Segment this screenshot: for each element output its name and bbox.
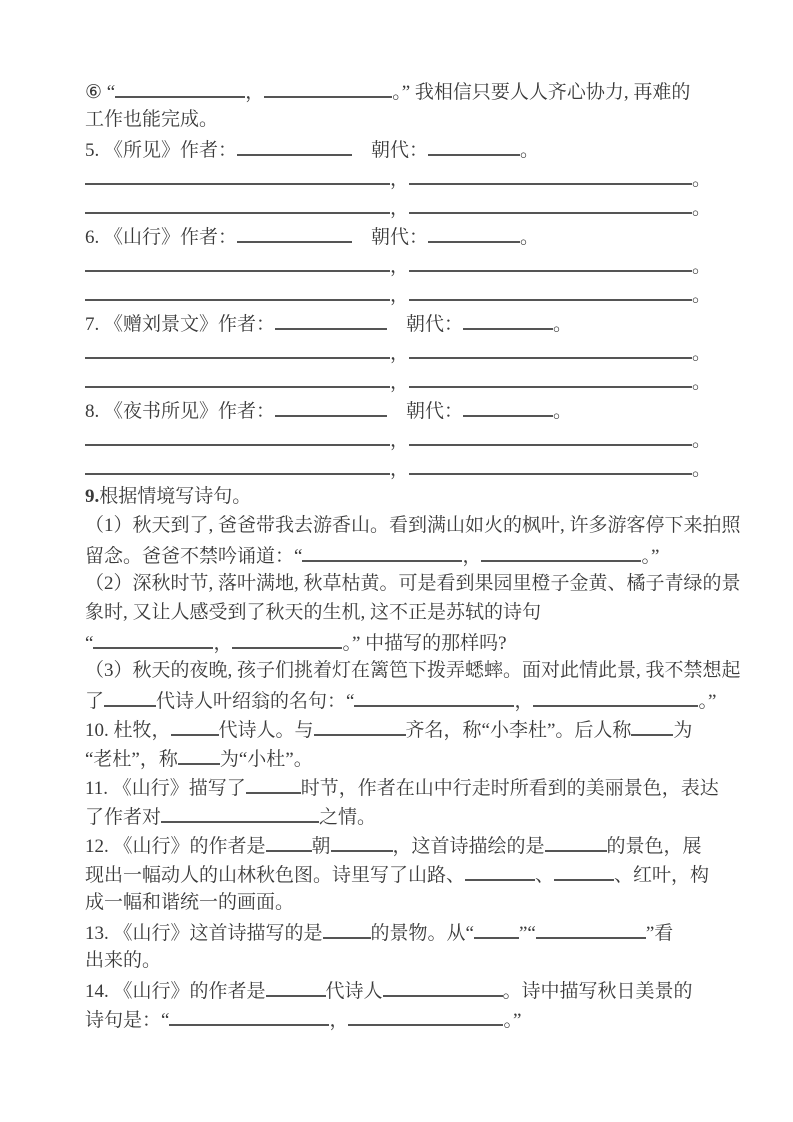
question-13-line-2: 出来的。	[85, 946, 743, 975]
blank-field	[85, 279, 390, 301]
text-run: 为	[673, 720, 692, 741]
question-7-heading: 7. 《赠刘景文》作者： 朝代：。	[85, 308, 743, 337]
question-5-verse-line-1: ，。	[85, 163, 743, 192]
question-9-part-1-line-1: （1）秋天到了, 爸爸带我去游香山。看到满山如火的枫叶, 许多游客停下来拍照	[85, 511, 743, 540]
blank-field	[409, 366, 692, 388]
text-run: 9.	[85, 486, 99, 507]
text-run: ”“	[519, 923, 536, 944]
text-run: 工作也能完成。	[85, 109, 218, 130]
text-run: 的景物。从“	[371, 923, 474, 944]
question-14-line-1: 14. 《山行》的作者是代诗人。诗中描写秋日美景的	[85, 975, 743, 1004]
text-run: “	[85, 633, 93, 654]
text-run: 。” 中描写的那样吗?	[342, 633, 506, 654]
text-run: 了作者对	[85, 807, 161, 828]
blank-field	[481, 540, 641, 562]
text-run: 。	[692, 256, 711, 277]
circled-item-6-line-1: ⑥ “，。” 我相信只要人人齐心协力, 再难的	[85, 76, 743, 105]
text-run: 。	[692, 169, 711, 190]
question-8-verse-line-2: ，。	[85, 453, 743, 482]
text-run: 了	[85, 691, 104, 712]
question-8-heading: 8. 《夜书所见》作者： 朝代：。	[85, 395, 743, 424]
text-run: 的景色，展	[607, 836, 702, 857]
text-run: 齐名，称“小李杜”。后人称	[406, 720, 632, 741]
text-run: 。	[692, 285, 711, 306]
text-run: 。	[692, 459, 711, 480]
text-run: 朝代：	[387, 401, 463, 422]
blank-field	[85, 337, 390, 359]
blank-field	[85, 453, 390, 475]
blank-field	[463, 395, 553, 417]
text-run: 为“小杜”。	[220, 749, 313, 770]
question-13-line-1: 13. 《山行》这首诗描写的是的景物。从“”“”看	[85, 917, 743, 946]
question-6-heading: 6. 《山行》作者： 朝代：。	[85, 221, 743, 250]
question-12-line-3: 成一幅和谐统一的画面。	[85, 888, 743, 917]
text-run: ”看	[646, 923, 673, 944]
blank-field	[536, 917, 646, 939]
blank-field	[93, 627, 213, 649]
blank-field	[85, 163, 390, 185]
text-run: 现出一幅动人的山林秋色图。诗里写了山路、	[85, 865, 465, 886]
text-run: ，	[245, 82, 264, 103]
text-run: 、	[535, 865, 554, 886]
blank-field	[302, 540, 462, 562]
blank-field	[354, 685, 514, 707]
blank-field	[409, 192, 692, 214]
blank-field	[85, 250, 390, 272]
text-run: 之情。	[319, 807, 376, 828]
blank-field	[171, 714, 219, 736]
text-run: 代诗人	[326, 981, 383, 1002]
question-5-heading: 5. 《所见》作者： 朝代：。	[85, 134, 743, 163]
blank-field	[115, 76, 245, 98]
text-run: ，	[329, 1010, 348, 1031]
text-run: ，	[390, 198, 409, 219]
blank-field	[161, 801, 319, 823]
text-run: 。	[692, 430, 711, 451]
text-run: ，	[390, 430, 409, 451]
question-9-heading: 9.根据情境写诗句。	[85, 482, 743, 511]
text-run: 12. 《山行》的作者是	[85, 836, 266, 857]
blank-field	[465, 859, 535, 881]
text-run: 代诗人叶绍翁的名句：“	[156, 691, 354, 712]
text-run: 7. 《赠刘景文》作者：	[85, 314, 275, 335]
question-9-part-2-line-3: “，。” 中描写的那样吗?	[85, 627, 743, 656]
blank-field	[428, 134, 520, 156]
text-run: 朝代：	[387, 314, 463, 335]
blank-field	[275, 308, 387, 330]
text-run: ，	[390, 169, 409, 190]
question-9-part-2-line-2: 象时, 又让人感受到了秋天的生机, 这不正是苏轼的诗句	[85, 598, 743, 627]
question-11-line-1: 11. 《山行》描写了时节，作者在山中行走时所看到的美丽景色，表达	[85, 772, 743, 801]
text-run: “老杜”，称	[85, 749, 178, 770]
text-run: 代诗人。与	[219, 720, 314, 741]
blank-field	[85, 192, 390, 214]
blank-field	[237, 221, 352, 243]
text-run: 。”	[641, 546, 659, 567]
text-run: 6. 《山行》作者：	[85, 227, 237, 248]
text-run: 。” 我相信只要人人齐心协力, 再难的	[392, 82, 690, 103]
blank-field	[409, 424, 692, 446]
blank-field	[331, 830, 393, 852]
text-run: 。	[553, 314, 572, 335]
text-run: 11. 《山行》描写了	[85, 778, 246, 799]
blank-field	[237, 134, 352, 156]
blank-field	[545, 830, 607, 852]
blank-field	[554, 859, 614, 881]
worksheet-page: ⑥ “，。” 我相信只要人人齐心协力, 再难的工作也能完成。5. 《所见》作者：…	[0, 0, 793, 1122]
text-run: 出来的。	[85, 950, 161, 971]
text-run: 13. 《山行》这首诗描写的是	[85, 923, 323, 944]
text-run: （1）秋天到了, 爸爸带我去游香山。看到满山如火的枫叶, 许多游客停下来拍照	[85, 515, 741, 536]
text-run: 时节，作者在山中行走时所看到的美丽景色，表达	[301, 778, 719, 799]
blank-field	[232, 627, 342, 649]
text-run: 诗句是：“	[85, 1010, 169, 1031]
text-run: 。”	[503, 1010, 521, 1031]
question-5-verse-line-2: ，。	[85, 192, 743, 221]
blank-field	[474, 917, 519, 939]
blank-field	[533, 685, 698, 707]
text-run: ，这首诗描绘的是	[393, 836, 545, 857]
text-run: 留念。爸爸不禁吟诵道：“	[85, 546, 302, 567]
text-run: 10. 杜牧，	[85, 720, 171, 741]
text-run: 。”	[698, 691, 716, 712]
text-run: ，	[462, 546, 481, 567]
text-run: ，	[390, 256, 409, 277]
blank-field	[631, 714, 673, 736]
text-run: 朝代：	[352, 140, 428, 161]
text-run: 8. 《夜书所见》作者：	[85, 401, 275, 422]
blank-field	[104, 685, 156, 707]
question-11-line-2: 了作者对之情。	[85, 801, 743, 830]
text-run: 14. 《山行》的作者是	[85, 981, 266, 1002]
question-7-verse-line-1: ，。	[85, 337, 743, 366]
text-run: ，	[213, 633, 232, 654]
question-12-line-2: 现出一幅动人的山林秋色图。诗里写了山路、、、红叶，构	[85, 859, 743, 888]
text-run: 。	[692, 198, 711, 219]
question-14-line-2: 诗句是：“，。”	[85, 1004, 743, 1033]
blank-field	[409, 279, 692, 301]
blank-field	[323, 917, 371, 939]
text-run: ，	[390, 285, 409, 306]
text-run: 。	[520, 140, 539, 161]
blank-field	[178, 743, 220, 765]
question-7-verse-line-2: ，。	[85, 366, 743, 395]
text-run: 。	[692, 343, 711, 364]
blank-field	[428, 221, 520, 243]
question-10-line-1: 10. 杜牧，代诗人。与齐名，称“小李杜”。后人称为	[85, 714, 743, 743]
blank-field	[169, 1004, 329, 1026]
blank-field	[85, 424, 390, 446]
blank-field	[266, 975, 326, 997]
text-run: 。	[553, 401, 572, 422]
question-9-part-1-line-2: 留念。爸爸不禁吟诵道：“，。”	[85, 540, 743, 569]
text-run: 。	[520, 227, 539, 248]
blank-field	[266, 830, 312, 852]
blank-field	[409, 163, 692, 185]
text-run: ⑥ “	[85, 82, 115, 103]
question-9-part-3-line-1: （3）秋天的夜晚, 孩子们挑着灯在篱笆下拨弄蟋蟀。面对此情此景, 我不禁想起	[85, 656, 743, 685]
text-run: ，	[390, 372, 409, 393]
text-run: 成一幅和谐统一的画面。	[85, 892, 294, 913]
question-6-verse-line-2: ，。	[85, 279, 743, 308]
text-run: （3）秋天的夜晚, 孩子们挑着灯在篱笆下拨弄蟋蟀。面对此情此景, 我不禁想起	[85, 660, 741, 681]
text-run: 象时, 又让人感受到了秋天的生机, 这不正是苏轼的诗句	[85, 602, 541, 623]
blank-field	[409, 250, 692, 272]
blank-field	[409, 337, 692, 359]
question-8-verse-line-1: ，。	[85, 424, 743, 453]
text-run: （2）深秋时节, 落叶满地, 秋草枯黄。可是看到果园里橙子金黄、橘子青绿的景	[85, 573, 741, 594]
text-run: ，	[390, 459, 409, 480]
blank-field	[275, 395, 387, 417]
text-run: 。	[692, 372, 711, 393]
text-run: ，	[514, 691, 533, 712]
blank-field	[463, 308, 553, 330]
blank-field	[314, 714, 406, 736]
circled-item-6-line-2: 工作也能完成。	[85, 105, 743, 134]
text-run: 、红叶，构	[614, 865, 709, 886]
question-12-line-1: 12. 《山行》的作者是朝，这首诗描绘的是的景色，展	[85, 830, 743, 859]
blank-field	[409, 453, 692, 475]
text-run: 。诗中描写秋日美景的	[503, 981, 693, 1002]
text-run: 朝代：	[352, 227, 428, 248]
question-6-verse-line-1: ，。	[85, 250, 743, 279]
text-run: 根据情境写诗句。	[99, 486, 251, 507]
question-10-line-2: “老杜”，称为“小杜”。	[85, 743, 743, 772]
text-run: 朝	[312, 836, 331, 857]
blank-field	[246, 772, 301, 794]
text-run: 5. 《所见》作者：	[85, 140, 237, 161]
blank-field	[348, 1004, 503, 1026]
question-9-part-3-line-2: 了代诗人叶绍翁的名句：“，。”	[85, 685, 743, 714]
text-run: ，	[390, 343, 409, 364]
blank-field	[264, 76, 392, 98]
blank-field	[383, 975, 503, 997]
question-9-part-2-line-1: （2）深秋时节, 落叶满地, 秋草枯黄。可是看到果园里橙子金黄、橘子青绿的景	[85, 569, 743, 598]
blank-field	[85, 366, 390, 388]
